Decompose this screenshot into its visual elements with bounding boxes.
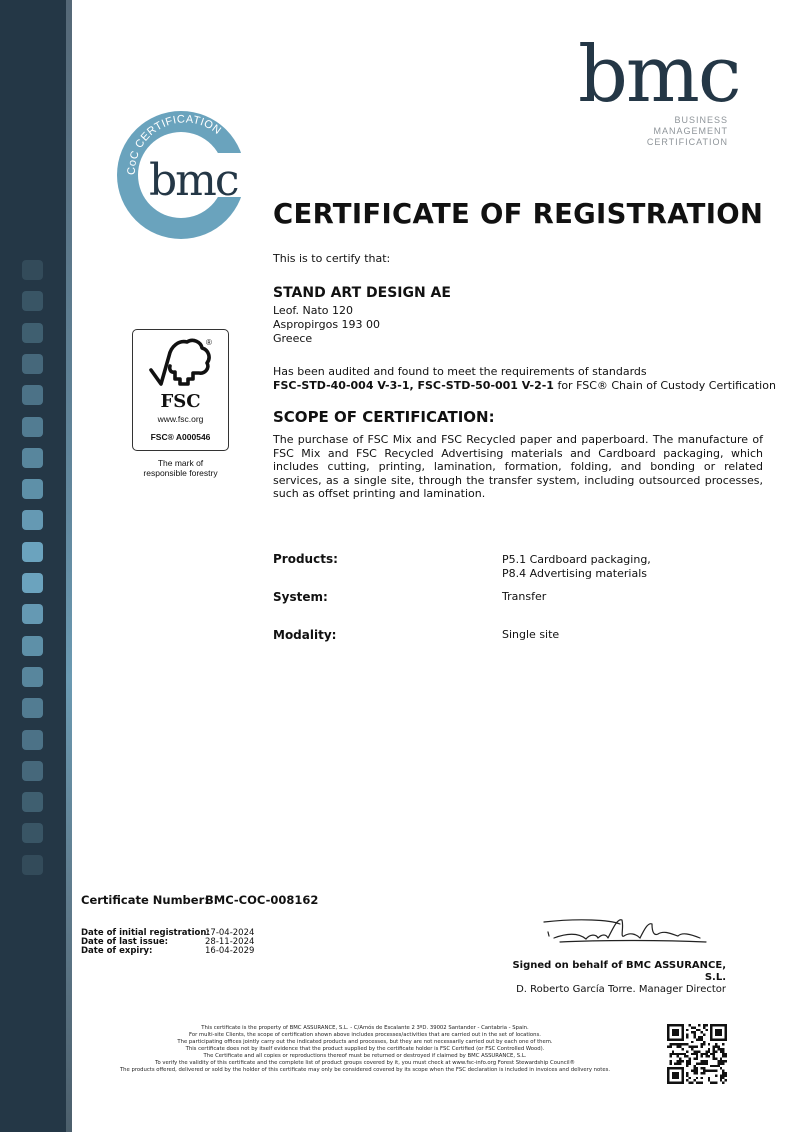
certificate-title: CERTIFICATE OF REGISTRATION [273,198,763,230]
certificate-number: BMC-COC-008162 [205,894,318,907]
bmc-logo-word: bmc [578,36,740,114]
certify-intro: This is to certify that: [273,252,390,265]
company-address-country: Greece [273,332,312,345]
sidebar-square [22,855,43,875]
modality-label: Modality: [273,629,336,642]
scope-heading: SCOPE OF CERTIFICATION: [273,411,495,424]
sidebar-edge [66,0,72,1132]
sidebar-square [22,510,43,530]
sidebar-square [22,385,43,405]
fsc-name: FSC [133,393,228,411]
fsc-tree-check-icon: ® [147,336,215,392]
sidebar-square [22,417,43,437]
svg-text:bmc: bmc [149,155,238,206]
date-value: 16-04-2029 [205,946,254,956]
standards-codes: FSC-STD-40-004 V-3-1, FSC-STD-50-001 V-2… [273,379,554,392]
sidebar-square [22,730,43,750]
bmc-logo: bmc BUSINESS MANAGEMENT CERTIFICATION [578,36,738,166]
company-address-line: Leof. Nato 120 [273,304,353,317]
scope-text: The purchase of FSC Mix and FSC Recycled… [273,433,763,501]
fsc-url: www.fsc.org [133,414,228,424]
company-address-line: Aspropirgos 193 00 [273,318,380,331]
coc-certification-seal-icon: CoC CERTIFICATION bmc [113,103,253,243]
sidebar-square [22,260,43,280]
modality-value: Single site [502,628,559,641]
certificate-number-label: Certificate Number: [81,894,209,907]
products-value: P8.4 Advertising materials [502,567,647,580]
sidebar-square [22,354,43,374]
company-name: STAND ART DESIGN AE [273,287,451,300]
audit-statement: Has been audited and found to meet the r… [273,365,647,378]
sidebar-square [22,698,43,718]
sidebar-square [22,761,43,781]
sidebar-square [22,573,43,593]
sidebar-square [22,479,43,499]
sidebar-square [22,323,43,343]
signed-on-behalf: Signed on behalf of BMC ASSURANCE, S.L. [500,960,726,984]
standards-suffix: for FSC® Chain of Custody Certification [554,379,776,392]
fsc-caption: The mark of responsible forestry [132,458,229,478]
bmc-logo-subtitle: BUSINESS MANAGEMENT CERTIFICATION [647,115,728,148]
products-label: Products: [273,553,338,566]
sidebar-square [22,542,43,562]
products-value: P5.1 Cardboard packaging, [502,553,651,566]
sidebar-square [22,448,43,468]
sidebar-square [22,291,43,311]
fsc-logo: ® FSC www.fsc.org FSC® A000546 [132,329,229,451]
date-label: Date of expiry: [81,946,152,956]
fsc-license-code: FSC® A000546 [133,432,228,442]
svg-text:®: ® [206,338,212,347]
standards-line: FSC-STD-40-004 V-3-1, FSC-STD-50-001 V-2… [273,379,776,392]
sidebar-square [22,823,43,843]
decorative-sidebar [0,0,66,1132]
sidebar-square [22,792,43,812]
sidebar-square [22,667,43,687]
signatory-name: D. Roberto García Torre. Manager Directo… [500,984,726,996]
system-label: System: [273,591,328,604]
qr-code-icon[interactable] [667,1024,727,1084]
signature-block: Signed on behalf of BMC ASSURANCE, S.L. … [500,960,726,996]
system-value: Transfer [502,590,546,603]
legal-footer: This certificate is the property of BMC … [80,1025,650,1074]
sidebar-square [22,636,43,656]
signature-icon [540,912,710,948]
sidebar-square [22,604,43,624]
